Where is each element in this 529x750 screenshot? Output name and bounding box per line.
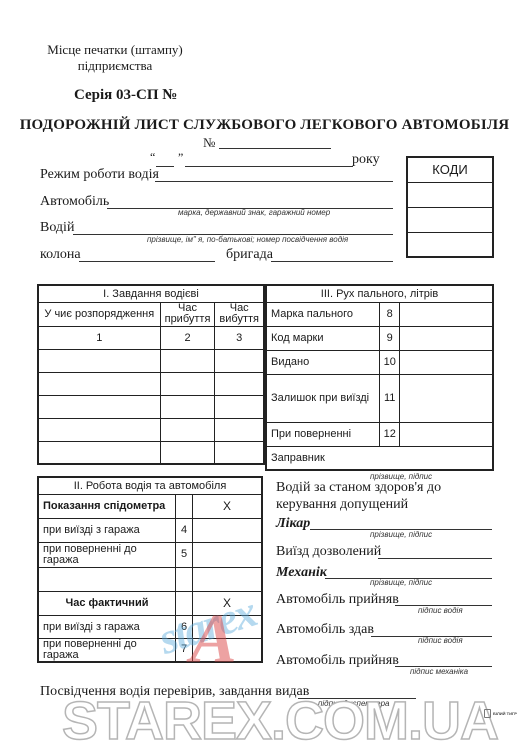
- car-handed-label: Автомобіль здав: [276, 622, 374, 638]
- brigade-label: бригада: [226, 247, 273, 263]
- fuel-row-num: 9: [380, 326, 400, 350]
- publisher-name: БІЛИЙ ТИГР: [493, 711, 517, 716]
- number-field[interactable]: [219, 148, 331, 149]
- code-cell-3[interactable]: [407, 232, 493, 257]
- checked-label: Посвідчення водія перевірив, завдання ви…: [40, 684, 309, 700]
- cell[interactable]: [38, 395, 160, 418]
- time-x-mark: X: [193, 591, 263, 615]
- time-row-label: при поверненні до гаража: [38, 638, 176, 662]
- odometer-num-header: [176, 494, 193, 518]
- fuel-row-num: 10: [380, 350, 400, 374]
- stamp-line-2: підприємства: [40, 58, 190, 74]
- cell[interactable]: [38, 349, 160, 372]
- time-row-value[interactable]: [193, 638, 263, 662]
- col-assignee: У чиє розпорядження: [38, 302, 160, 326]
- table-row: [38, 441, 264, 464]
- cell[interactable]: [215, 418, 264, 441]
- odometer-row-value[interactable]: [193, 518, 263, 542]
- odometer-row-label: при виїзді з гаража: [38, 518, 176, 542]
- tiger-icon: [484, 709, 491, 718]
- table-row: [38, 372, 264, 395]
- fuel-row-value[interactable]: [400, 326, 493, 350]
- fuel-row-label: Залишок при виїзді: [266, 374, 380, 422]
- car-accepted-hint: підпис водія: [418, 606, 463, 615]
- cell[interactable]: [160, 349, 215, 372]
- time-row-num: 7: [176, 638, 193, 662]
- time-row-num: 6: [176, 615, 193, 638]
- car-accepted-label: Автомобіль прийняв: [276, 592, 399, 608]
- fuel-row-value[interactable]: [400, 374, 493, 422]
- brigade-field[interactable]: [271, 261, 393, 262]
- date-close-quote: ”: [178, 150, 183, 165]
- fuel-row-num: 8: [380, 302, 400, 326]
- cell[interactable]: [176, 567, 193, 591]
- fuel-row-label: Марка пального: [266, 302, 380, 326]
- cell[interactable]: [215, 441, 264, 464]
- codes-table: КОДИ: [406, 156, 494, 258]
- doctor-label: Лікар: [276, 516, 310, 532]
- work-mode-label: Режим роботи водія: [40, 167, 159, 183]
- code-cell-2[interactable]: [407, 207, 493, 232]
- fuel-row-num: 11: [380, 374, 400, 422]
- fuel-row-value[interactable]: [400, 302, 493, 326]
- odometer-row-value[interactable]: [193, 542, 263, 567]
- fuel-row-value[interactable]: [400, 350, 493, 374]
- section1-table: І. Завдання водієві У чиє розпорядження …: [37, 284, 265, 465]
- driver-hint: прізвище, ім" я, по-батькові; номер посв…: [147, 235, 348, 244]
- odometer-row-label: при поверненні до гаража: [38, 542, 176, 567]
- checked-hint: підпис диспетчера: [318, 699, 389, 708]
- col-num-1: 1: [38, 326, 160, 349]
- column-field[interactable]: [79, 261, 215, 262]
- health-statement: Водій за станом здоров'я до керування до…: [276, 479, 456, 513]
- stamp-line-1: Місце печатки (штампу): [40, 42, 190, 58]
- section1-title: І. Завдання водієві: [38, 285, 264, 302]
- cell[interactable]: [215, 372, 264, 395]
- codes-title: КОДИ: [407, 157, 493, 182]
- car-handed-hint: підпис водія: [418, 636, 463, 645]
- fuel-row-label: Код марки: [266, 326, 380, 350]
- driver-label: Водій: [40, 220, 74, 236]
- departure-field[interactable]: [378, 558, 492, 559]
- col-departure: Час вибуття: [215, 302, 264, 326]
- table-row: [38, 418, 264, 441]
- fueler-field[interactable]: Заправник: [266, 446, 493, 470]
- section2-table: ІІ. Робота водія та автомобіля Показання…: [37, 476, 263, 663]
- table-row: [38, 395, 264, 418]
- car-accepted2-label: Автомобіль прийняв: [276, 653, 399, 669]
- section2-title: ІІ. Робота водія та автомобіля: [38, 477, 262, 494]
- time-row-value[interactable]: [193, 615, 263, 638]
- series-label: Серія 03-СП №: [74, 87, 177, 104]
- stamp-place: Місце печатки (штампу) підприємства: [40, 42, 190, 74]
- cell[interactable]: [193, 567, 263, 591]
- mechanic-hint: прізвище, підпис: [370, 578, 432, 587]
- mechanic-label: Механік: [276, 565, 327, 581]
- odometer-x-mark: X: [193, 494, 263, 518]
- fuel-row-num: 12: [380, 422, 400, 446]
- odometer-row-num: 4: [176, 518, 193, 542]
- date-open-quote: “: [150, 150, 155, 165]
- cell[interactable]: [38, 372, 160, 395]
- fuel-row-value[interactable]: [400, 422, 493, 446]
- year-label: року: [352, 152, 380, 168]
- odometer-row-num: 5: [176, 542, 193, 567]
- cell[interactable]: [160, 441, 215, 464]
- time-header: Час фактичний: [38, 591, 176, 615]
- date-month-field[interactable]: [185, 166, 353, 167]
- code-cell-1[interactable]: [407, 182, 493, 207]
- work-mode-field[interactable]: [155, 181, 393, 182]
- number-label: №: [203, 135, 215, 151]
- odometer-header: Показання спідометра: [38, 494, 176, 518]
- document-title: ПОДОРОЖНІЙ ЛИСТ СЛУЖБОВОГО ЛЕГКОВОГО АВТ…: [0, 117, 529, 134]
- cell[interactable]: [215, 349, 264, 372]
- time-row-label: при виїзді з гаража: [38, 615, 176, 638]
- cell[interactable]: [160, 395, 215, 418]
- car-accepted2-hint: підпис механіка: [410, 667, 468, 676]
- doctor-hint: прізвище, підпис: [370, 530, 432, 539]
- cell[interactable]: [38, 418, 160, 441]
- car-label: Автомобіль: [40, 194, 109, 210]
- car-hint: марка, державний знак, гаражний номер: [178, 208, 330, 217]
- cell[interactable]: [215, 395, 264, 418]
- section3-table: ІІІ. Рух пального, літрів Марка пального…: [265, 284, 494, 471]
- col-num-3: 3: [215, 326, 264, 349]
- departure-label: Виїзд дозволений: [276, 544, 381, 560]
- fuel-row-label: При поверненні: [266, 422, 380, 446]
- cell[interactable]: [38, 567, 176, 591]
- cell[interactable]: [160, 418, 215, 441]
- cell[interactable]: [160, 372, 215, 395]
- column-label: колона: [40, 247, 81, 263]
- fuel-row-label: Видано: [266, 350, 380, 374]
- col-arrival: Час прибуття: [160, 302, 215, 326]
- publisher-logo: БІЛИЙ ТИГР: [484, 709, 517, 718]
- time-num-header: [176, 591, 193, 615]
- cell[interactable]: [38, 441, 160, 464]
- section3-title: ІІІ. Рух пального, літрів: [266, 285, 493, 302]
- table-row: [38, 349, 264, 372]
- col-num-2: 2: [160, 326, 215, 349]
